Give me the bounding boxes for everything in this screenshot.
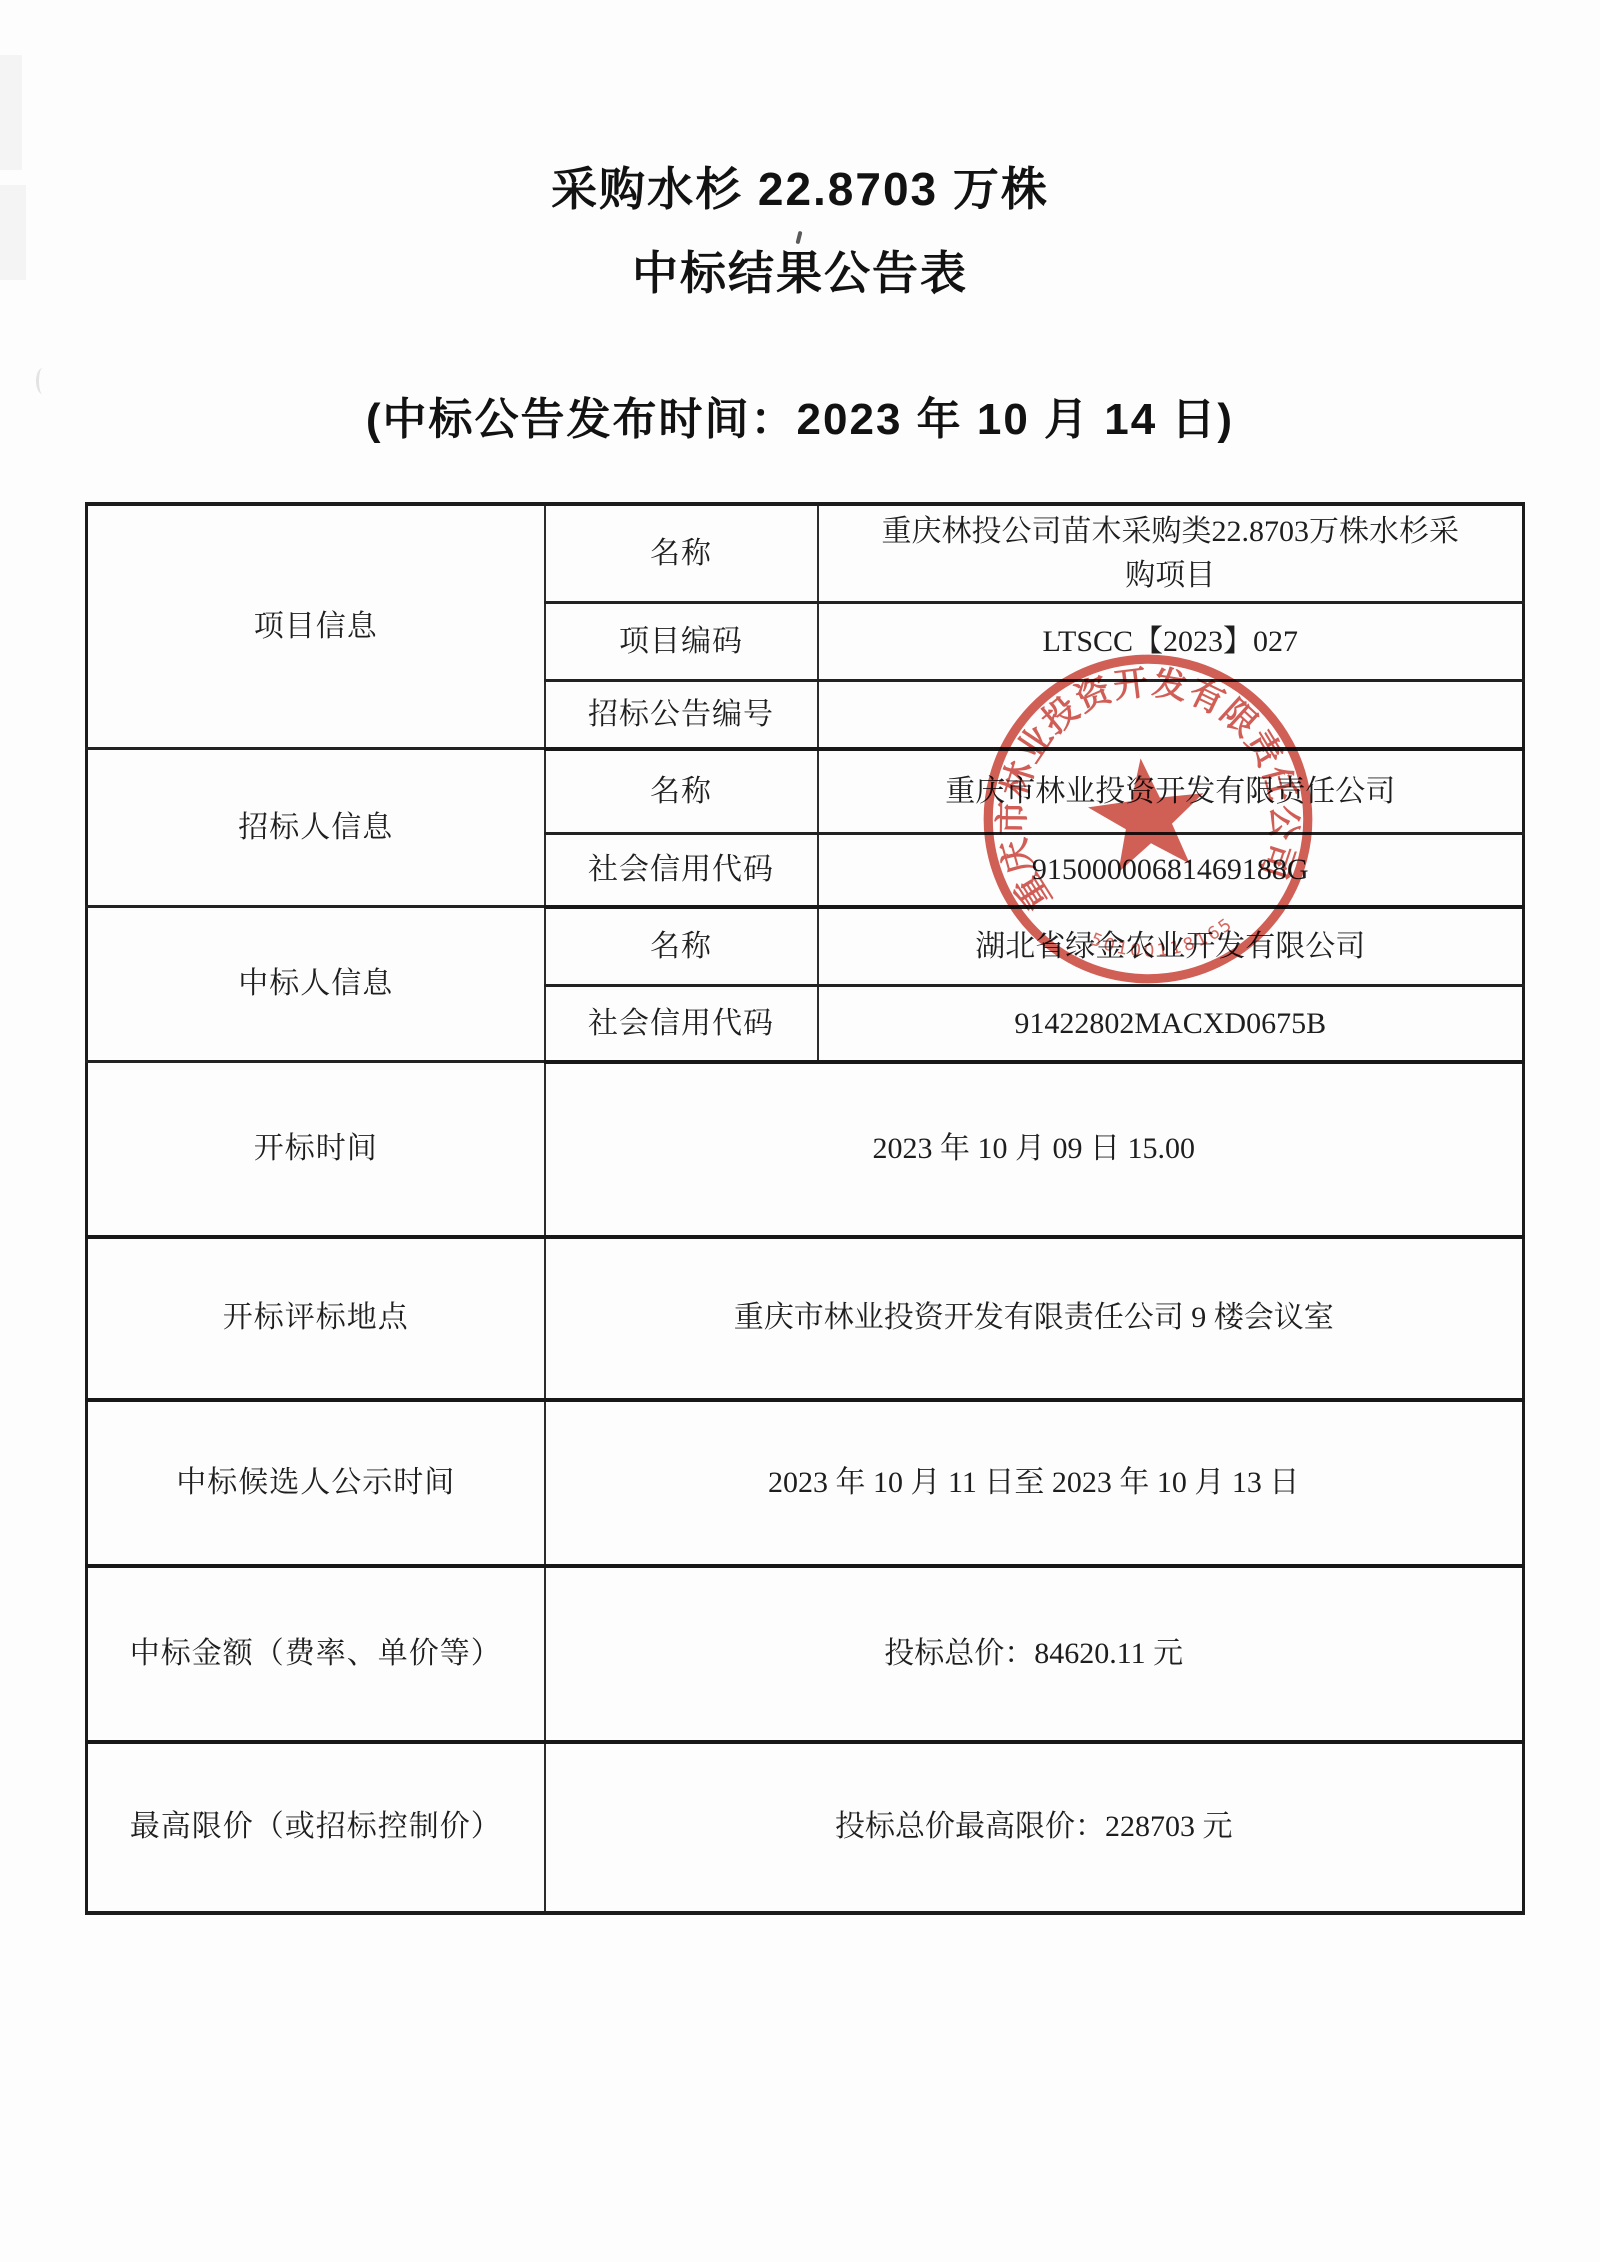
group-label-tenderer-info: 招标人信息 — [87, 749, 545, 907]
group-label-project-info: 项目信息 — [87, 504, 545, 749]
value-winner-credit-code: 91422802MACXD0675B — [818, 986, 1524, 1062]
value-winning-amount: 投标总价：84620.11 元 — [545, 1566, 1524, 1742]
doc-title-line1: 采购水杉 22.8703 万株 — [0, 164, 1600, 215]
document-page: 采购水杉 22.8703 万株 中标结果公告表 (中标公告发布时间：2023 年… — [0, 0, 1600, 2262]
value-tenderer-name: 重庆市林业投资开发有限责任公司 — [818, 749, 1524, 834]
scan-artifact — [0, 55, 22, 170]
group-label-winner-info: 中标人信息 — [87, 907, 545, 1062]
doc-title-line2: 中标结果公告表 — [0, 248, 1600, 299]
label-candidate-publicity-period: 中标候选人公示时间 — [87, 1400, 545, 1566]
scan-artifact — [36, 368, 49, 394]
bid-result-table: 项目信息 名称 重庆林投公司苗木采购类22.8703万株水杉采 购项目 项目编码… — [85, 502, 1525, 1915]
field-winner-credit-code-label: 社会信用代码 — [545, 986, 818, 1062]
label-bid-opening-time: 开标时间 — [87, 1062, 545, 1237]
value-project-code: LTSCC【2023】027 — [818, 603, 1524, 681]
field-tenderer-name-label: 名称 — [545, 749, 818, 834]
field-tenderer-credit-code-label: 社会信用代码 — [545, 834, 818, 907]
field-project-code-label: 项目编码 — [545, 603, 818, 681]
field-project-name-label: 名称 — [545, 504, 818, 603]
value-evaluation-location: 重庆市林业投资开发有限责任公司 9 楼会议室 — [545, 1237, 1524, 1400]
field-winner-name-label: 名称 — [545, 907, 818, 986]
value-tender-notice-no — [818, 681, 1524, 749]
value-winner-name: 湖北省绿金农业开发有限公司 — [818, 907, 1524, 986]
field-tender-notice-no-label: 招标公告编号 — [545, 681, 818, 749]
value-bid-opening-time: 2023 年 10 月 09 日 15.00 — [545, 1062, 1524, 1237]
label-evaluation-location: 开标评标地点 — [87, 1237, 545, 1400]
label-maximum-price: 最高限价（或招标控制价） — [87, 1742, 545, 1913]
scan-artifact — [795, 231, 802, 245]
publish-time-line: (中标公告发布时间：2023 年 10 月 14 日) — [0, 396, 1600, 444]
value-tenderer-credit-code: 91500000681469188G — [818, 834, 1524, 907]
label-winning-amount: 中标金额（费率、单价等） — [87, 1566, 545, 1742]
value-candidate-publicity-period: 2023 年 10 月 11 日至 2023 年 10 月 13 日 — [545, 1400, 1524, 1566]
value-maximum-price: 投标总价最高限价：228703 元 — [545, 1742, 1524, 1913]
value-project-name: 重庆林投公司苗木采购类22.8703万株水杉采 购项目 — [818, 504, 1524, 603]
